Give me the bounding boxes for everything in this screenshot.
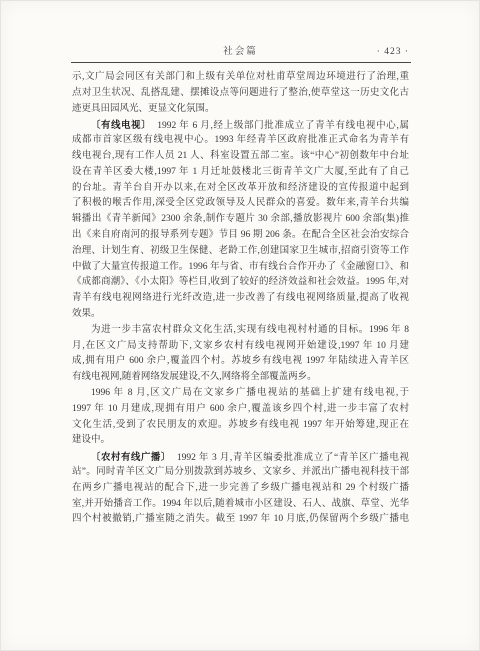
text-line: 线电视台,现有工作人员 21 人、科室设置五部二室。该“中心”初创数年中台址 [72, 149, 409, 165]
text-line: 〔农村有线广播〕1992 年 3 月,青羊区编委批准成立了“青羊区广播电视 [72, 449, 409, 465]
text-line: 站”。同时青羊区文广局分别拨款到苏坡乡、文家乡、并派出广播电视科技干部 [72, 465, 409, 481]
text-line: 的台址。青羊台自开办以来,在对全区改革开放和经济建设的宣传报道中起到 [72, 181, 409, 197]
text-line: 〔有线电视〕1992 年 6 月,经上级部门批准成立了青羊有线电视中心,属 [72, 117, 409, 133]
text-line: 青羊有线电视网络进行光纤改造,进一步改善了有线电视网络质量,提高了收视 [72, 291, 409, 307]
header-divider [71, 62, 411, 63]
page-body: 示,文广局会同区有关部门和上级有关单位对杜甫草堂周边环境进行了治理,重点对卫生状… [72, 70, 409, 528]
text-line: 中做了大量宣传报道工作。1996 年与省、市有线台合作开办了《金融窗口》、和 [72, 260, 409, 276]
text-line: 文化生活,受到了农民朋友的欢迎。苏坡乡有线电视 1997 年开始筹建,现正在 [72, 418, 409, 434]
text-line: 迹更具田园风光、更显文化氛围。 [72, 102, 409, 118]
text-line: 成都市首家区级有线电视中心。1993 年经青羊区政府批准正式命名为青羊有 [72, 133, 409, 149]
text-line: 了积极的喉舌作用,深受全区党政领导及人民群众的喜爱。数年来,青羊台共编 [72, 196, 409, 212]
text-line: 在两乡广播电视站的配合下,进一步完善了乡级广播电视站和 29 个村级广播 [72, 481, 409, 497]
text-line: 效果。 [72, 307, 409, 323]
page-number: · 423 · [377, 46, 409, 59]
text-line: 1997 年 10 月建成,现拥有用户 600 余户,覆盖该乡四个村,进一步丰富… [72, 402, 409, 418]
text-line: 点对卫生状况、乱搭乱建、摆摊设点等问题进行了整治,使草堂这一历史文化古 [72, 86, 409, 102]
text-line: 有线电视网,随着网络发展建设,不久,网络将全部覆盖两乡。 [72, 370, 409, 386]
subsection-heading: 〔有线电视〕 [91, 119, 157, 130]
subsection-heading: 〔农村有线广播〕 [91, 451, 177, 462]
text-line: 辑播出《青羊新闻》2300 余条,制作专题片 30 余部,播放影视片 600 余… [72, 212, 409, 228]
section-title: 社会篇 [72, 46, 409, 59]
text-line: 示,文广局会同区有关部门和上级有关单位对杜甫草堂周边环境进行了治理,重 [72, 70, 409, 86]
text-line: 建设中。 [72, 433, 409, 449]
text-line: 设在青羊区委大楼,1997 年 1 月迁址鼓楼北三街青羊文广大厦,至此有了自己 [72, 165, 409, 181]
text-line: 出《来自府南河的报导系列专题》节目 96 期 206 条。在配合全区社会治安综合 [72, 228, 409, 244]
text-line: 月,在区文广局支持帮助下,文家乡农村有线电视网开始建设,1997 年 10 月建 [72, 339, 409, 355]
text-line: 治理、计划生育、初级卫生保健、老龄工作,创建国家卫生城市,招商引资等工作 [72, 244, 409, 260]
text-line: 《成都商潮》、《小太阳》等栏目,收到了较好的经济效益和社会效益。1995 年,对 [72, 275, 409, 291]
text-line: 1996 年 8 月,区文广局在文家乡广播电视站的基础上扩建有线电视,于 [72, 386, 409, 402]
text-line: 四个村被撤销,广播室随之消失。截至 1997 年 10 月底,仍保留两个乡级广播… [72, 512, 409, 528]
text-line: 为进一步丰富农村群众文化生活,实现有线电视村村通的目标。1996 年 8 [72, 323, 409, 339]
text-line: 室,并开始播音工作。1994 年以后,随着城市小区建设、石人、战旗、草堂、光华 [72, 497, 409, 513]
text-line: 成,拥有用户 600 余户,覆盖四个村。苏坡乡有线电视 1997 年陆续进入青羊… [72, 354, 409, 370]
page-header: 社会篇 · 423 · [72, 46, 409, 59]
scanned-book-page: 社会篇 · 423 · 示,文广局会同区有关部门和上级有关单位对杜甫草堂周边环境… [0, 0, 480, 651]
